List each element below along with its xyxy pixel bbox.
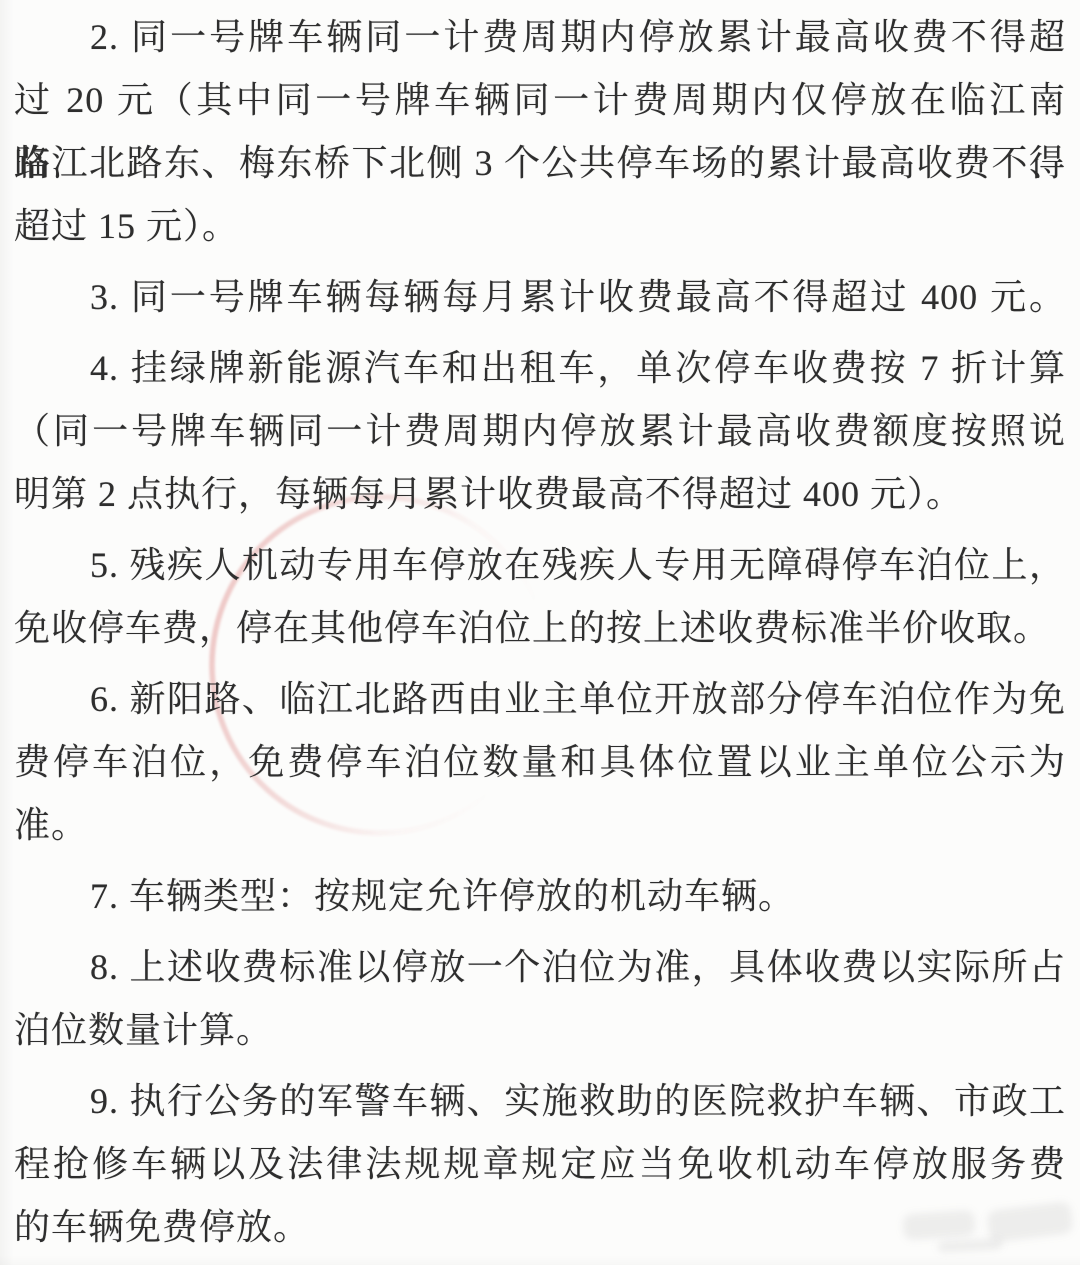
paragraph: 5. 残疾人机动专用车停放在残疾人专用无障碍停车泊位上，免收停车费，停在其他停车… <box>14 534 1066 660</box>
text-line: 临江北路东、梅东桥下北侧 3 个公共停车场的累计最高收费不得 <box>14 132 1066 195</box>
text-line: 2. 同一号牌车辆同一计费周期内停放累计最高收费不得超 <box>14 6 1066 69</box>
paragraph: 6. 新阳路、临江北路西由业主单位开放部分停车泊位作为免费停车泊位，免费停车泊位… <box>14 668 1066 857</box>
text-line: 5. 残疾人机动专用车停放在残疾人专用无障碍停车泊位上， <box>14 534 1066 597</box>
document-body: 2. 同一号牌车辆同一计费周期内停放累计最高收费不得超过 20 元（其中同一号牌… <box>14 6 1066 1259</box>
paragraph: 9. 执行公务的军警车辆、实施救助的医院救护车辆、市政工程抢修车辆以及法律法规规… <box>14 1070 1066 1259</box>
text-line: 泊位数量计算。 <box>14 999 1066 1062</box>
text-line: 过 20 元（其中同一号牌车辆同一计费周期内仅停放在临江南路、 <box>14 69 1066 132</box>
text-line: 准。 <box>14 794 1066 857</box>
text-line: 免收停车费，停在其他停车泊位上的按上述收费标准半价收取。 <box>14 597 1066 660</box>
text-line: 超过 15 元）。 <box>14 195 1066 258</box>
text-line: 9. 执行公务的军警车辆、实施救助的医院救护车辆、市政工 <box>14 1070 1066 1133</box>
text-line: 7. 车辆类型：按规定允许停放的机动车辆。 <box>14 865 1066 928</box>
text-line: 6. 新阳路、临江北路西由业主单位开放部分停车泊位作为免 <box>14 668 1066 731</box>
paragraph: 3. 同一号牌车辆每辆每月累计收费最高不得超过 400 元。 <box>14 266 1066 329</box>
text-line: （同一号牌车辆同一计费周期内停放累计最高收费额度按照说 <box>14 400 1066 463</box>
paragraph: 7. 车辆类型：按规定允许停放的机动车辆。 <box>14 865 1066 928</box>
text-line: 的车辆免费停放。 <box>14 1196 1066 1259</box>
text-line: 3. 同一号牌车辆每辆每月累计收费最高不得超过 400 元。 <box>14 266 1066 329</box>
text-line: 8. 上述收费标准以停放一个泊位为准，具体收费以实际所占 <box>14 936 1066 999</box>
text-line: 程抢修车辆以及法律法规规章规定应当免收机动车停放服务费 <box>14 1133 1066 1196</box>
paragraph: 4. 挂绿牌新能源汽车和出租车，单次停车收费按 7 折计算（同一号牌车辆同一计费… <box>14 337 1066 526</box>
scanned-document-page: 2. 同一号牌车辆同一计费周期内停放累计最高收费不得超过 20 元（其中同一号牌… <box>0 0 1080 1265</box>
text-line: 明第 2 点执行，每辆每月累计收费最高不得超过 400 元）。 <box>14 463 1066 526</box>
text-line: 费停车泊位，免费停车泊位数量和具体位置以业主单位公示为 <box>14 731 1066 794</box>
text-line: 4. 挂绿牌新能源汽车和出租车，单次停车收费按 7 折计算 <box>14 337 1066 400</box>
paragraph: 8. 上述收费标准以停放一个泊位为准，具体收费以实际所占泊位数量计算。 <box>14 936 1066 1062</box>
paragraph: 2. 同一号牌车辆同一计费周期内停放累计最高收费不得超过 20 元（其中同一号牌… <box>14 6 1066 258</box>
